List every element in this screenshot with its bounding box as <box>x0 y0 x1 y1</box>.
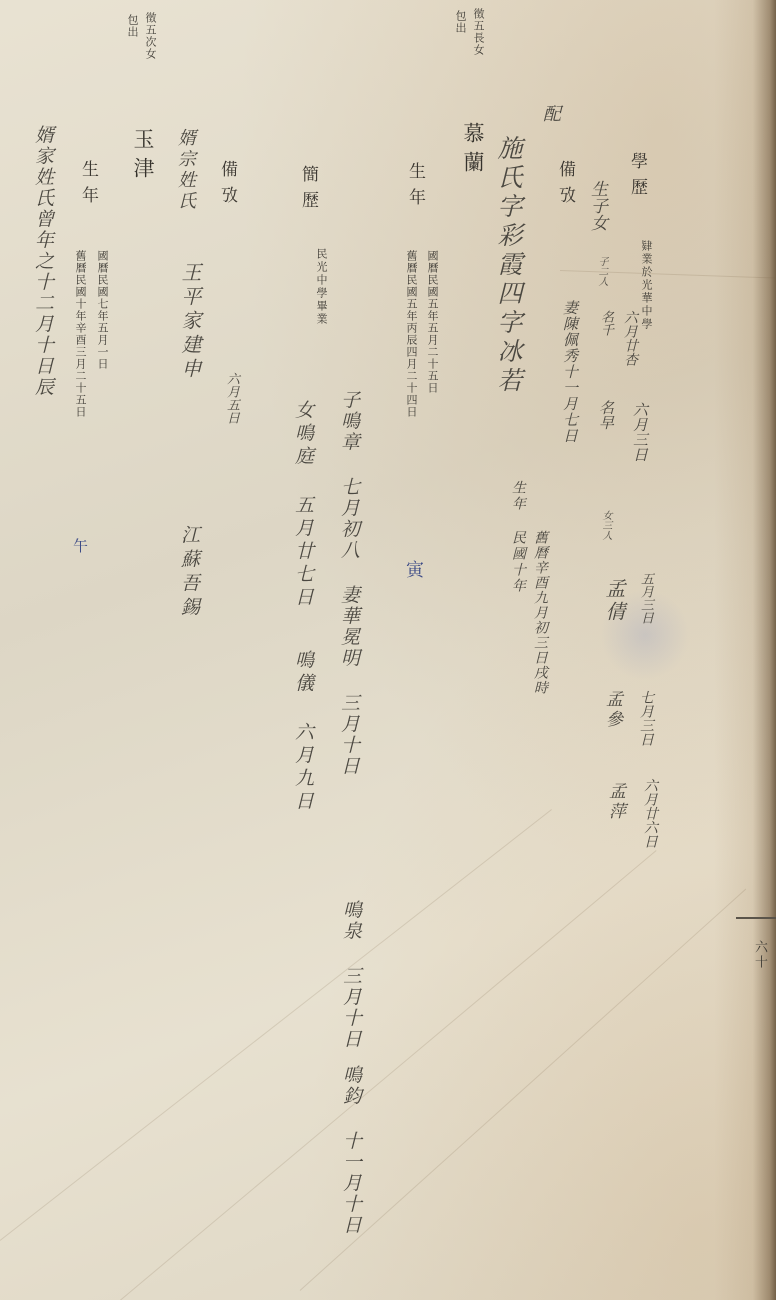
entry1-birth-annotation: 寅 <box>400 560 426 578</box>
entry1-children-label: 生子女 <box>585 180 610 231</box>
entry2-spouse: 王平家建申 <box>176 262 205 382</box>
entry1-birth-gregorian: 國曆民國五年五月二十五日 <box>424 250 440 394</box>
entry2-birth-label: 生年 <box>76 160 101 212</box>
entry2-notes-text: 婿宗姓氏 <box>172 128 198 212</box>
entry1-spouse: 施氏字彩霞四字冰若 <box>490 135 526 455</box>
entry2-spouse-origin: 江蘇吾錫 <box>176 525 203 621</box>
entry2-birth-gregorian: 國曆民國七年五月一日 <box>94 250 110 370</box>
entry1-child-line-4: 女鳴庭 五月廿七日 <box>290 400 317 610</box>
entry1-sons-count: 子二人 <box>594 256 609 286</box>
entry1-education: 肄業於光華中學 <box>638 240 654 331</box>
document-page: 徵五長女 包出 慕蘭 配 施氏字彩霞四字冰若 備攷 學歷 肄業於光華中學 生子女… <box>0 0 776 1300</box>
entry1-son-2-date: 六月三日 <box>630 402 651 462</box>
entry1-biography-label: 簡歷 <box>296 165 321 217</box>
entry1-spouse-birth-detail: 舊曆辛酉九月初三日戌時 <box>530 530 550 695</box>
entry2-notes-label: 備攷 <box>215 160 240 212</box>
entry1-son-1-date: 六月廿杏 <box>620 310 640 366</box>
entry2-spouse-date: 六月五日 <box>222 372 241 424</box>
entry2-birth-annotation: 午 <box>70 538 91 553</box>
paper-crease <box>560 270 776 279</box>
entry1-notes-label: 備攷 <box>553 160 578 212</box>
entry1-daughters-count: 女三人 <box>598 510 613 540</box>
entry1-header-mother: 包出 <box>452 10 468 34</box>
entry1-name: 慕蘭 <box>458 122 488 180</box>
entry1-son-1-wife: 妻陳佩秀十一月七日 <box>560 300 581 444</box>
entry1-spouse-label: 配 <box>537 104 563 122</box>
entry1-birth-lunar: 舊曆民國五年丙辰四月二十四日 <box>403 250 419 418</box>
entry1-daughter-1-date: 五月三日 <box>636 572 655 624</box>
entry1-spouse-birth: 生年 民國十年 <box>508 480 528 594</box>
paper-crease <box>300 889 747 1291</box>
entry1-daughter-2-date: 七月三日 <box>636 690 656 746</box>
entry1-child-line-2: 鳴泉 三月十日 <box>338 900 365 1050</box>
entry1-son-2: 名早 <box>596 400 617 430</box>
entry2-header-mother: 包出 <box>124 14 140 38</box>
page-margin-rule <box>736 917 776 919</box>
paper-crease <box>120 850 657 1300</box>
entry2-name: 玉津 <box>128 128 158 186</box>
entry1-daughter-3-date: 六月廿六日 <box>640 778 660 848</box>
entry2-husband-family: 婿家姓氏曾年之十二月十日辰 <box>30 125 57 398</box>
entry1-header-relation: 徵五長女 <box>470 8 486 56</box>
entry1-daughter-2: 孟參 <box>600 690 625 730</box>
entry1-child-line-1: 子鳴章 七月初八 妻華冕明 三月十日 <box>336 390 363 777</box>
paper-crease <box>0 809 552 1241</box>
entry2-birth-lunar: 舊曆民國十年辛酉三月二十五日 <box>72 250 88 418</box>
entry1-daughter-1: 孟倩 <box>600 578 629 624</box>
entry1-child-line-3: 鳴鈞 十一月十日 <box>338 1065 365 1236</box>
entry2-header-relation: 徵五次女 <box>142 12 158 60</box>
entry1-daughter-3: 孟萍 <box>603 782 628 822</box>
entry1-education-label: 學歷 <box>625 152 650 204</box>
entry1-birth-label: 生年 <box>403 162 428 214</box>
entry1-son-1: 名千 <box>596 310 615 336</box>
entry1-biography: 民光中學畢業 <box>313 248 329 326</box>
page-number: 六十 <box>750 940 769 970</box>
entry1-child-line-5: 鳴儀 六月九日 <box>290 650 317 814</box>
